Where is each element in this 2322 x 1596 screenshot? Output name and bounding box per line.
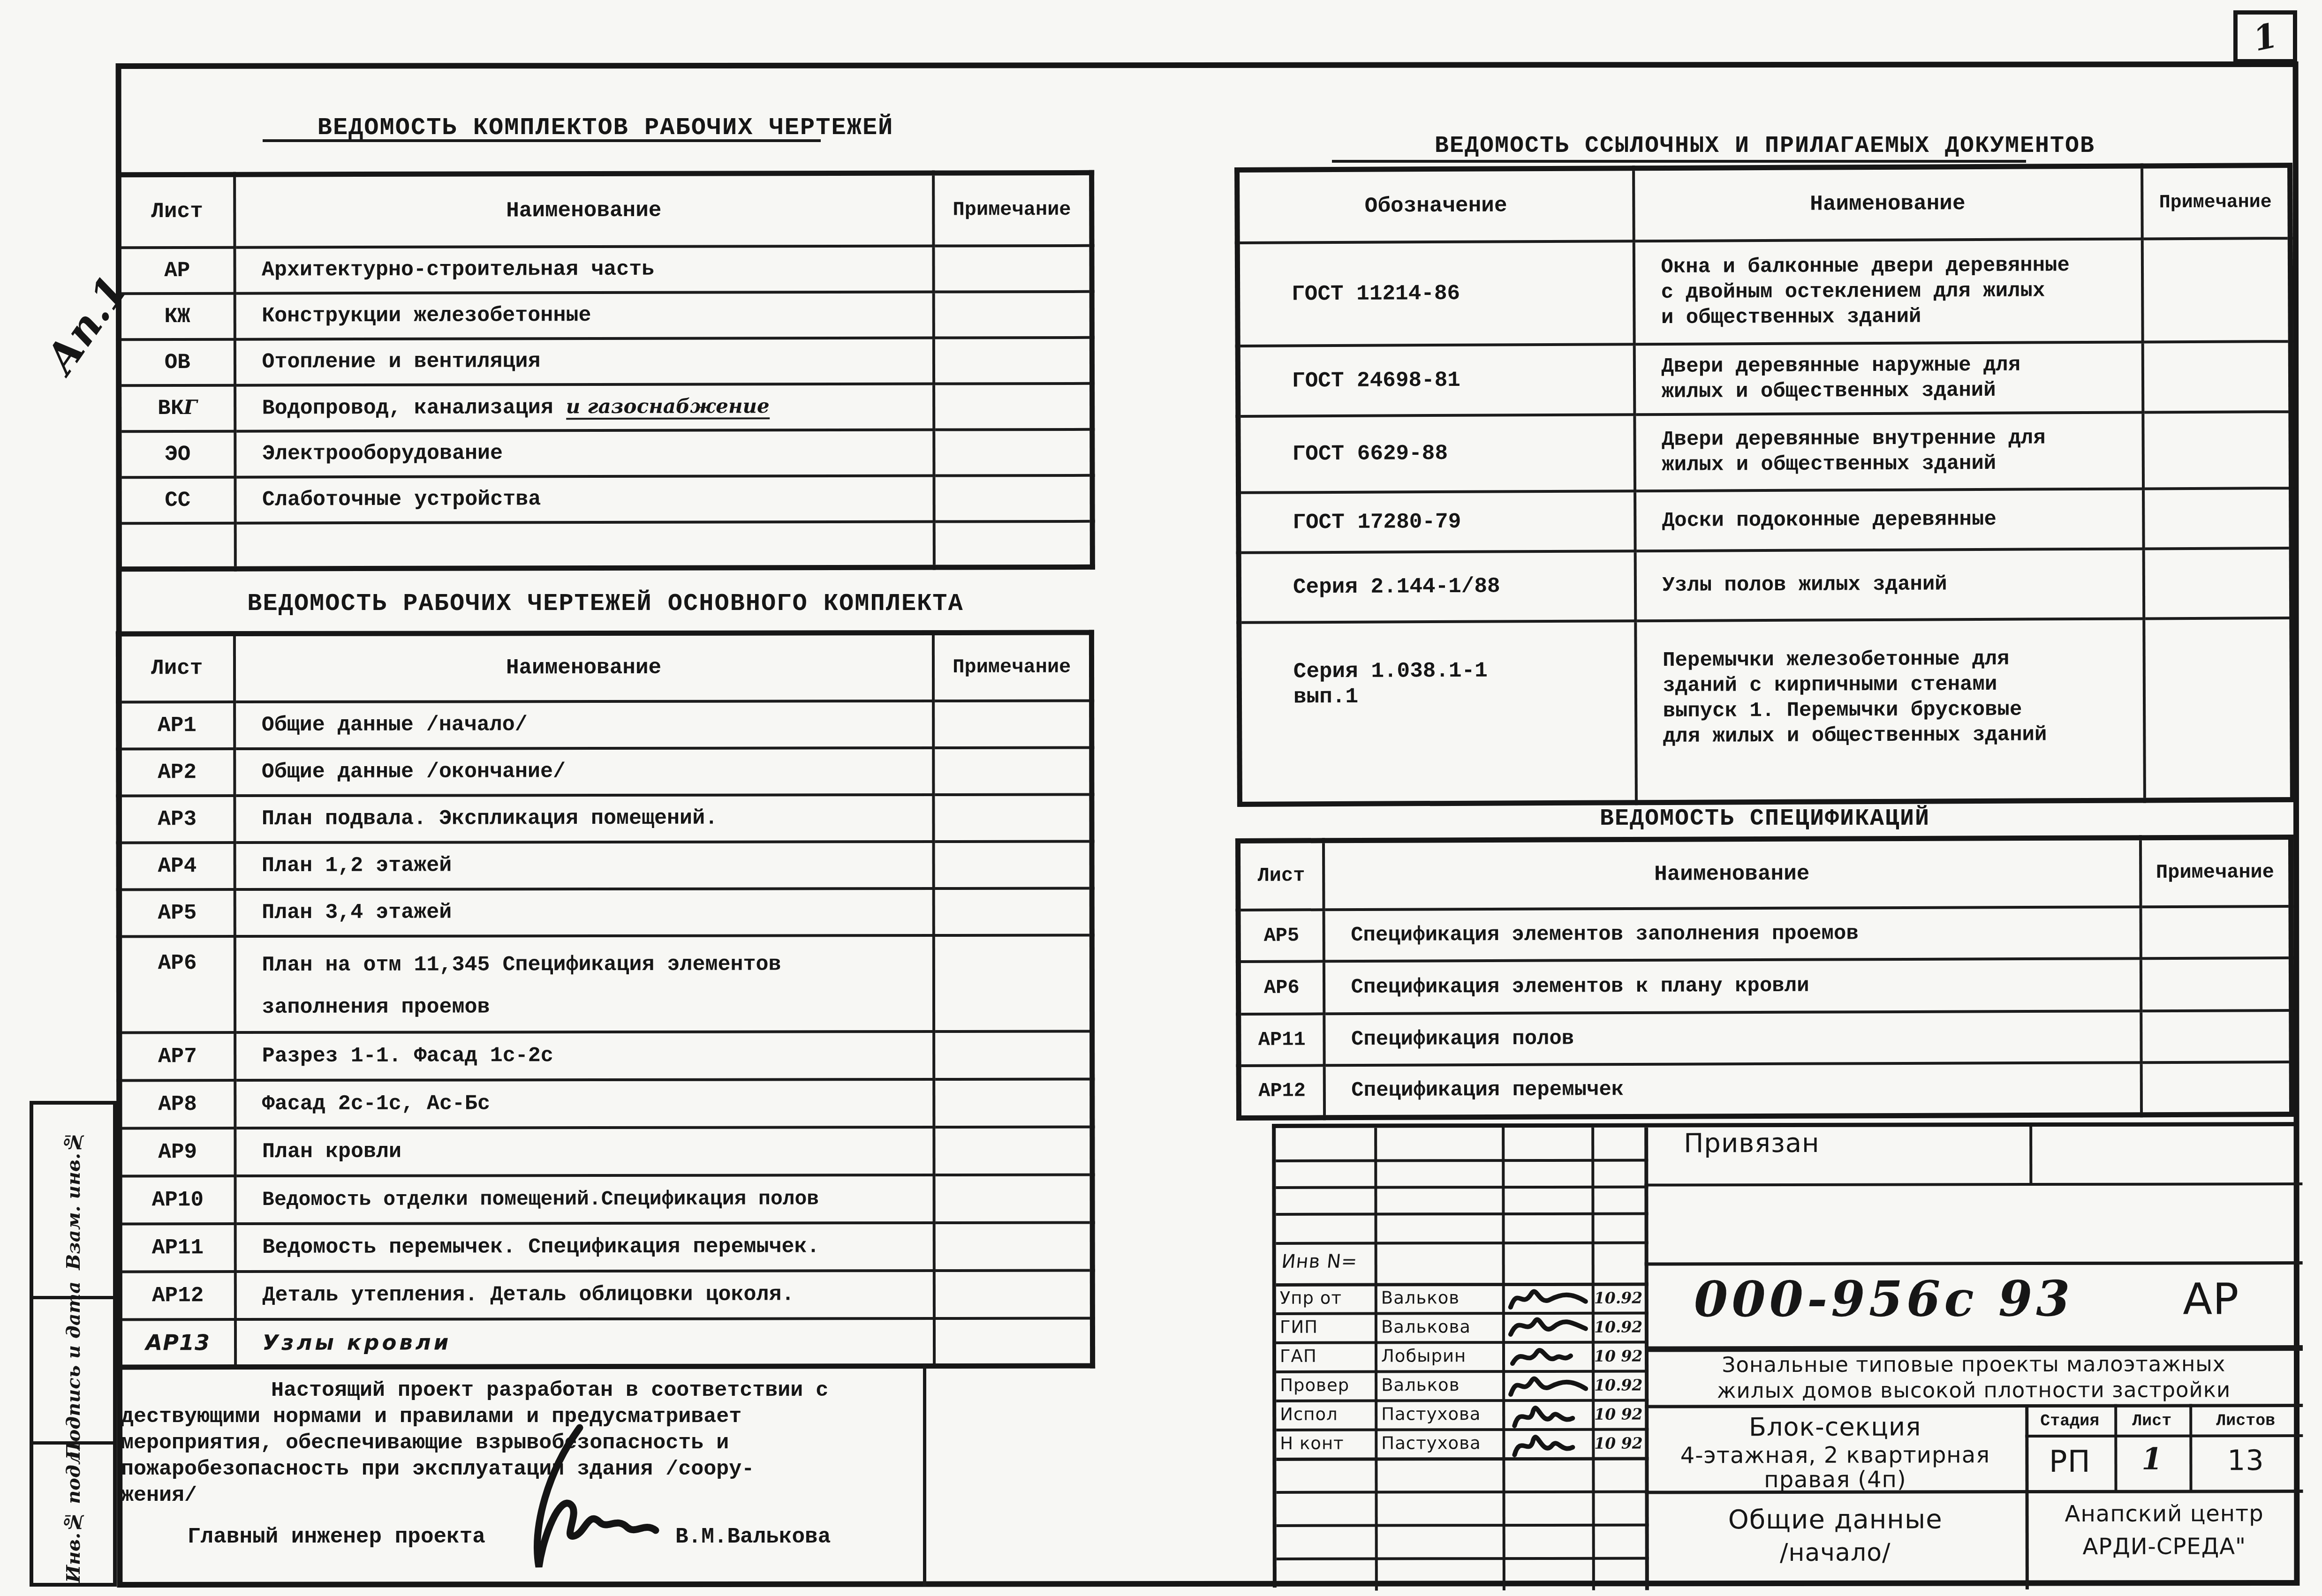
main-set-table: Лист Наименование Примечание АР1Общие да… (116, 630, 1095, 1370)
approval-role: Испол (1280, 1404, 1338, 1424)
approval-name: Вальков (1381, 1287, 1460, 1308)
project-name-line: жилых домов высокой плотности застройки (1645, 1377, 2303, 1403)
title-strike-line (263, 139, 821, 142)
divider-line (923, 1364, 926, 1587)
drawing-sets-table: Лист Наименование Примечание АРАрхитекту… (116, 170, 1095, 572)
signature (1505, 1429, 1589, 1461)
col-note: Примечание (933, 632, 1091, 700)
approval-date: 10.92 (1594, 1318, 1642, 1336)
strip-cell: Подпись и дата (33, 1299, 113, 1445)
table-row: АР1Общие данные /начало/ (119, 700, 1092, 749)
col-note: Примечание (2140, 837, 2291, 907)
col-name: Наименование (234, 173, 933, 247)
specifications-title: ВЕДОМОСТЬ СПЕЦИФИКАЦИЙ (1236, 806, 2294, 832)
sheet-number: 1 (2114, 1441, 2189, 1476)
approval-name: Пастухова (1381, 1404, 1481, 1424)
document-code: 000-956с 93 (1645, 1270, 2123, 1328)
page-number-box: 1 (2233, 10, 2297, 63)
col-sheet: Лист (119, 174, 234, 248)
approval-role: ГИП (1280, 1317, 1318, 1337)
table-row: АРАрхитектурно-строительная часть (119, 245, 1092, 293)
approval-date: 10 92 (1594, 1434, 1642, 1453)
sheets-total: 13 (2189, 1444, 2302, 1477)
set-mark: АР (2120, 1274, 2302, 1325)
col-sheet: Лист (118, 634, 234, 702)
page-number: 1 (2250, 15, 2281, 59)
chief-engineer-name: В.М.Валькова (675, 1525, 831, 1549)
table-row: Серия 1.038.1-1вып.1 Перемычки железобет… (1239, 618, 2293, 805)
col-note: Примечание (2142, 166, 2291, 239)
table-row: ГОСТ 6629-88 Двери деревянные внутренние… (1238, 412, 2292, 493)
approval-date: 10.92 (1594, 1289, 1642, 1307)
table-row: АР3План подвала. Экспликация помещений. (119, 794, 1092, 843)
signature (1505, 1284, 1589, 1311)
organization-line: Анапский центр (2026, 1500, 2303, 1527)
table-row: АР5Спецификация элементов заполнения про… (1238, 906, 2291, 962)
table-row: АР7Разрез 1-1. Фасад 1с-2с (119, 1031, 1092, 1080)
table-row: ЭОЭлектрооборудование (119, 429, 1092, 477)
specifications-table: Лист Наименование Примечание АР5Специфик… (1235, 835, 2294, 1121)
object-name-line: 4-этажная, 2 квартирная (1645, 1442, 2025, 1468)
table-row: АР13 Узлы кровли (119, 1318, 1092, 1367)
table-row: АР6Спецификация элементов к плану кровли (1238, 958, 2291, 1014)
strip-cell: Инв.№ подл. (33, 1445, 113, 1583)
table-row: ГОСТ 11214-86 Окна и балконные двери дер… (1237, 238, 2291, 346)
chief-engineer-label: Главный инженер проекта (188, 1525, 485, 1549)
approval-date: 10.92 (1594, 1376, 1642, 1394)
approval-role: Провер (1280, 1375, 1349, 1395)
sheets-label: Листов (2189, 1411, 2302, 1430)
header-row: Лист Наименование Примечание (1238, 837, 2291, 910)
table-row: АР5План 3,4 этажей (119, 888, 1092, 936)
approval-name: Лобырин (1381, 1346, 1466, 1366)
col-code: Обозначение (1237, 168, 1634, 243)
col-note: Примечание (933, 173, 1092, 246)
main-set-title: ВЕДОМОСТЬ РАБОЧИХ ЧЕРТЕЖЕЙ ОСНОВНОГО КОМ… (116, 590, 1095, 617)
table-row: АР12Спецификация перемычек (1239, 1062, 2292, 1118)
table-row: АР11Спецификация полов (1239, 1010, 2292, 1066)
sheet-title-line: Общие данные (1645, 1504, 2026, 1535)
strip-cell: Взам. инв.№ (33, 1105, 113, 1299)
table-row: АР12Деталь утепления. Деталь облицовки ц… (119, 1270, 1092, 1319)
table-row: АР6 План на отм 11,345 Спецификация элем… (119, 935, 1092, 1032)
col-name: Наименование (1634, 166, 2142, 241)
table-row: СССлаботочные устройства (119, 475, 1092, 523)
table-row: ОВОтопление и вентиляция (119, 337, 1092, 385)
approval-role: Н конт (1280, 1433, 1344, 1453)
organization-line: АРДИ-СРЕДА" (2026, 1533, 2303, 1560)
title-block: Привязан Инв N= Упр от Вальков 10.92 ГИП… (1272, 1122, 2299, 1588)
object-name-line: Блок-секция (1645, 1412, 2025, 1442)
object-name-line: правая (4п) (1645, 1466, 2025, 1493)
binding-note: Привязан (1684, 1128, 1820, 1159)
table-row: КЖКонструкции железобетонные (119, 291, 1092, 339)
project-name-line: Зональные типовые проекты малоэтажных (1645, 1351, 2303, 1377)
handwritten-addition: и газоснабжение (566, 394, 770, 420)
left-attribute-strip: Взам. инв.№ Подпись и дата Инв.№ подл. (30, 1101, 117, 1587)
empty-row (119, 521, 1092, 569)
table-row: АР10Ведомость отделки помещений.Специфик… (119, 1174, 1092, 1224)
table-row: АР2Общие данные /окончание/ (119, 747, 1092, 796)
table-row: АР4План 1,2 этажей (119, 841, 1092, 889)
col-name: Наименование (1323, 838, 2140, 910)
signature (492, 1421, 661, 1575)
signature (1505, 1342, 1589, 1370)
table-row: Серия 2.144-1/88 Узлы полов жилых зданий (1239, 548, 2292, 623)
table-row: ВКГ Водопровод, канализация и газоснабже… (119, 383, 1092, 431)
references-title: ВЕДОМОСТЬ ССЫЛОЧНЫХ И ПРИЛАГАЕМЫХ ДОКУМЕ… (1236, 133, 2294, 159)
header-row: Обозначение Наименование Примечание (1237, 166, 2291, 243)
signature (1505, 1371, 1589, 1399)
table-row: АР9План кровли (119, 1127, 1092, 1176)
approval-name: Пастухова (1381, 1433, 1481, 1453)
stage-label: Стадия (2025, 1412, 2114, 1430)
table-row: АР11Ведомость перемычек. Спецификация пе… (119, 1222, 1092, 1272)
table-row: ГОСТ 24698-81 Двери деревянные наружные … (1238, 341, 2291, 416)
header-row: Лист Наименование Примечание (118, 632, 1091, 702)
references-table: Обозначение Наименование Примечание ГОСТ… (1234, 163, 2295, 807)
col-name: Наименование (234, 633, 933, 702)
title-underline (1332, 160, 2026, 163)
scanned-drawing-sheet: { "page_number": "1", "margin_note": "Ап… (0, 0, 2322, 1596)
col-sheet: Лист (1238, 841, 1324, 910)
sheet-title-line: /начало/ (1645, 1538, 2026, 1567)
approval-role: Упр от (1280, 1288, 1342, 1308)
table-row: ГОСТ 17280-79 Доски подоконные деревянны… (1239, 488, 2292, 553)
approval-name: Вальков (1381, 1375, 1460, 1395)
table-row: АР8Фасад 2с-1с, Ас-Бс (119, 1079, 1092, 1128)
approval-date: 10 92 (1594, 1347, 1642, 1365)
drawing-sets-title: ВЕДОМОСТЬ КОМПЛЕКТОВ РАБОЧИХ ЧЕРТЕЖЕЙ (116, 114, 1095, 142)
header-row: Лист Наименование Примечание (119, 173, 1092, 247)
approval-name: Валькова (1381, 1317, 1471, 1337)
signature (1505, 1313, 1589, 1340)
approval-date: 10 92 (1594, 1405, 1642, 1423)
sheet-label: Лист (2114, 1411, 2189, 1430)
stage-value: РП (2025, 1445, 2114, 1479)
approval-role: ГАП (1280, 1346, 1317, 1366)
inventory-number-label: Инв N= (1280, 1251, 1359, 1272)
signature (1505, 1400, 1589, 1432)
handwritten-letter: Г (183, 396, 197, 419)
